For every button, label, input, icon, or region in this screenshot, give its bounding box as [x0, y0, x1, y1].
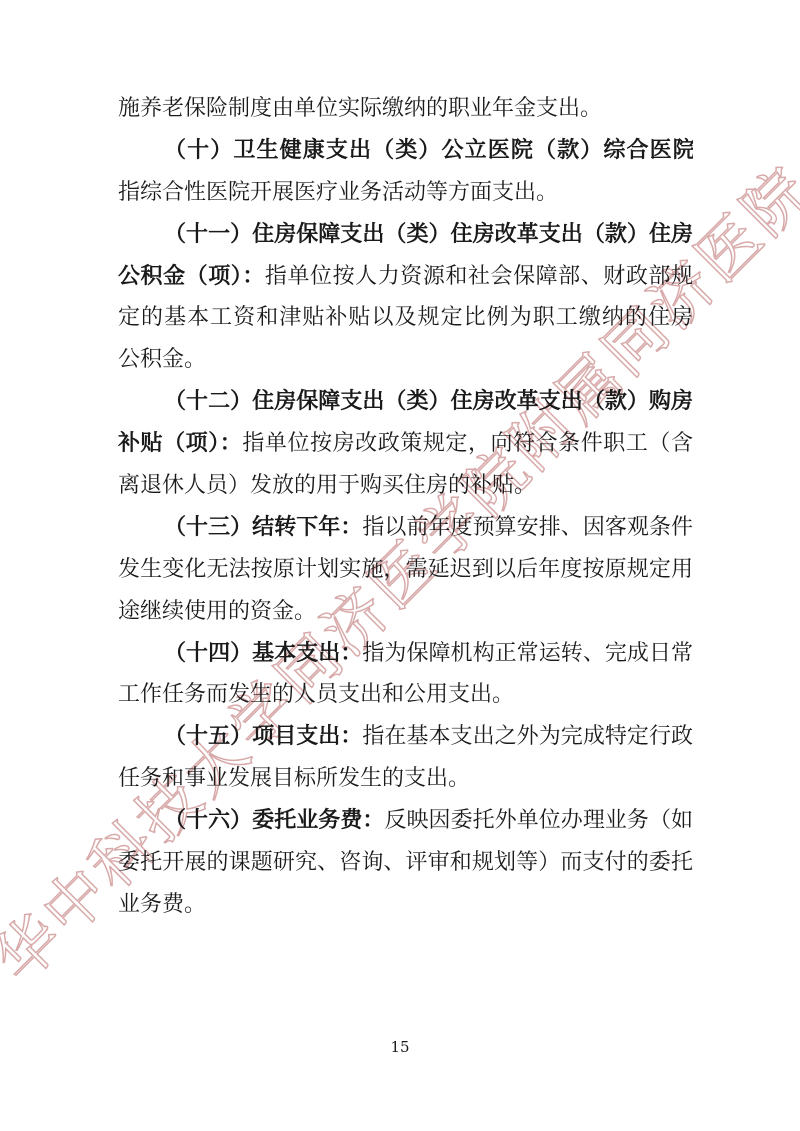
body-text: 施养老保险制度由单位实际缴纳的职业年金支出。: [118, 96, 602, 121]
text-lines: 施养老保险制度由单位实际缴纳的职业年金支出。（十）卫生健康支出（类）公立医院（款…: [118, 88, 693, 926]
text-line: （十）卫生健康支出（类）公立医院（款）综合医院（项）:: [118, 130, 693, 172]
body-text: 指单位按房改政策规定，向符合条件职工（含: [242, 431, 693, 456]
document-page: 华中科技大学同济医学院附属同济医院 施养老保险制度由单位实际缴纳的职业年金支出。…: [0, 0, 800, 1131]
body-text: 指综合性医院开展医疗业务活动等方面支出。: [118, 180, 558, 205]
term-heading: （十二）住房保障支出（类）住房改革支出（款）购房: [164, 388, 693, 414]
text-line: 委托开展的课题研究、咨询、评审和规划等）而支付的委托: [118, 842, 693, 884]
body-text: 指为保障机构正常运转、完成日常: [362, 641, 693, 666]
body-text: 指以前年度预算安排、因客观条件: [362, 515, 693, 540]
term-heading: （十五）项目支出：: [164, 723, 362, 749]
text-line: 工作任务而发生的人员支出和公用支出。: [118, 674, 693, 716]
body-text: 途继续使用的资金。: [118, 599, 316, 624]
term-heading: （十六）委托业务费：: [164, 807, 384, 833]
term-heading: （十四）基本支出：: [164, 640, 362, 666]
body-text: 发生变化无法按原计划实施，需延迟到以后年度按原规定用: [118, 557, 693, 582]
text-line: 公积金（项）：指单位按人力资源和社会保障部、财政部规: [118, 256, 693, 298]
text-line: 任务和事业发展目标所发生的支出。: [118, 758, 693, 800]
body-text: 离退休人员）发放的用于购买住房的补贴。: [118, 473, 536, 498]
text-line: 定的基本工资和津贴补贴以及规定比例为职工缴纳的住房: [118, 297, 693, 339]
term-heading: （十一）住房保障支出（类）住房改革支出（款）住房: [164, 221, 693, 247]
term-heading: 公积金（项）：: [118, 263, 265, 289]
body-text: 指在基本支出之外为完成特定行政: [362, 724, 693, 749]
body-text: 业务费。: [118, 892, 206, 917]
text-line: 离退休人员）发放的用于购买住房的补贴。: [118, 465, 693, 507]
body-text: 反映因委托外单位办理业务（如: [384, 808, 693, 833]
text-line: （十四）基本支出：指为保障机构正常运转、完成日常: [118, 633, 693, 675]
text-line: （十二）住房保障支出（类）住房改革支出（款）购房: [118, 381, 693, 423]
term-heading: （十三）结转下年：: [164, 514, 362, 540]
page-number: 15: [0, 1038, 800, 1056]
body-text: 定的基本工资和津贴补贴以及规定比例为职工缴纳的住房: [118, 305, 693, 330]
text-line: 补贴（项）：指单位按房改政策规定，向符合条件职工（含: [118, 423, 693, 465]
text-line: 业务费。: [118, 884, 693, 926]
text-line: （十三）结转下年：指以前年度预算安排、因客观条件: [118, 507, 693, 549]
text-line: 发生变化无法按原计划实施，需延迟到以后年度按原规定用: [118, 549, 693, 591]
text-line: 途继续使用的资金。: [118, 591, 693, 633]
body-text: 公积金。: [118, 347, 206, 372]
body-text: 工作任务而发生的人员支出和公用支出。: [118, 682, 514, 707]
text-line: （十一）住房保障支出（类）住房改革支出（款）住房: [118, 214, 693, 256]
text-line: 公积金。: [118, 339, 693, 381]
text-line: （十五）项目支出：指在基本支出之外为完成特定行政: [118, 716, 693, 758]
text-line: （十六）委托业务费：反映因委托外单位办理业务（如: [118, 800, 693, 842]
body-text: 任务和事业发展目标所发生的支出。: [118, 766, 470, 791]
body-text: 委托开展的课题研究、咨询、评审和规划等）而支付的委托: [118, 850, 693, 875]
body-text: 指单位按人力资源和社会保障部、财政部规: [265, 264, 693, 289]
text-line: 指综合性医院开展医疗业务活动等方面支出。: [118, 172, 693, 214]
term-heading: 补贴（项）：: [118, 430, 242, 456]
text-line: 施养老保险制度由单位实际缴纳的职业年金支出。: [118, 88, 693, 130]
term-heading: （十）卫生健康支出（类）公立医院（款）综合医院（项）:: [118, 137, 693, 172]
